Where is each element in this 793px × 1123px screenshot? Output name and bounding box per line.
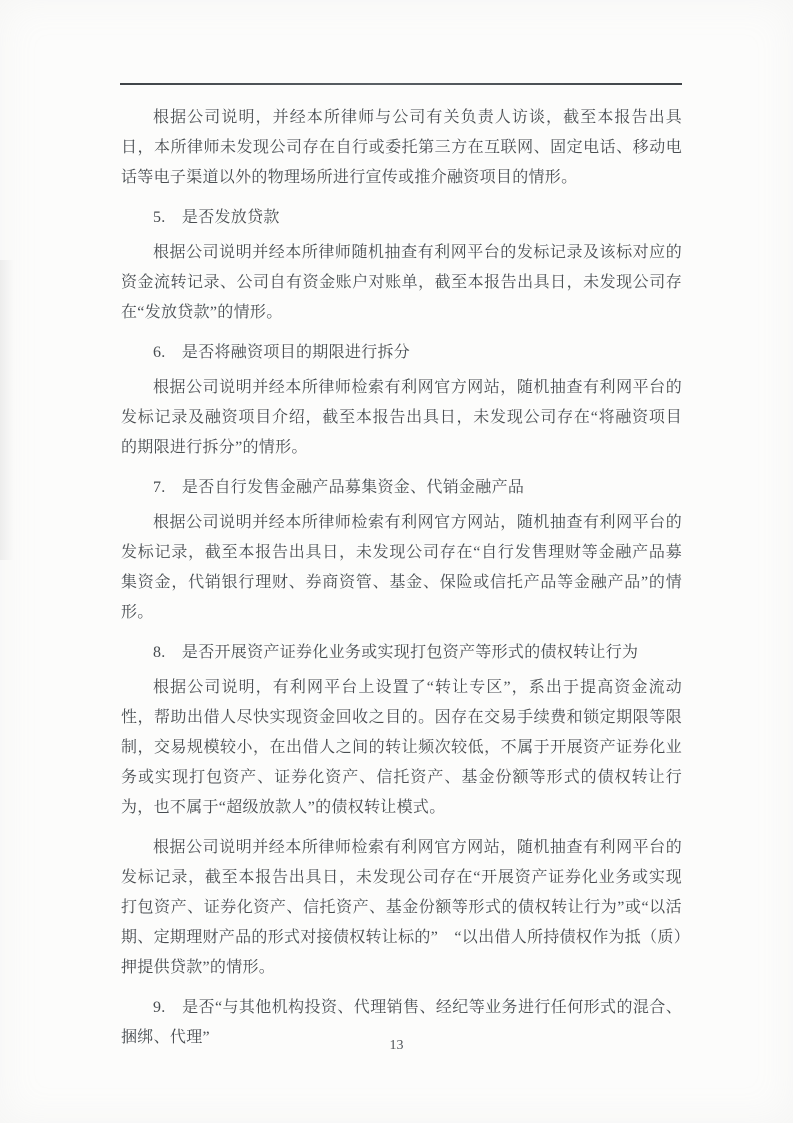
heading-item-7-financial-products: 7. 是否自行发售金融产品募集资金、代销金融产品 [121, 473, 682, 503]
paragraph-item-6-term-splitting: 根据公司说明并经本所律师检索有利网官方网站，随机抽查有利网平台的发标记录及融资项… [121, 373, 682, 463]
heading-item-5-lending: 5. 是否发放贷款 [121, 203, 682, 233]
paragraph-item-5-lending: 根据公司说明并经本所律师随机抽查有利网平台的发标记录及该标对应的资金流转记录、公… [121, 238, 682, 328]
heading-item-8-securitization: 8. 是否开展资产证券化业务或实现打包资产等形式的债权转让行为 [121, 638, 682, 668]
header-rule [120, 83, 682, 85]
page-number: 13 [0, 1036, 793, 1056]
document-body: 根据公司说明，并经本所律师与公司有关负责人访谈，截至本报告出具日，本所律师未发现… [121, 103, 682, 1058]
paragraph-promotion-channels: 根据公司说明，并经本所律师与公司有关负责人访谈，截至本报告出具日，本所律师未发现… [121, 103, 682, 193]
paragraph-item-8-transfer-zone: 根据公司说明，有利网平台上设置了“转让专区”，系出于提高资金流动性，帮助出借人尽… [121, 673, 682, 823]
heading-item-6-term-splitting: 6. 是否将融资项目的期限进行拆分 [121, 338, 682, 368]
paragraph-item-8-verification: 根据公司说明并经本所律师检索有利网官方网站，随机抽查有利网平台的发标记录，截至本… [121, 833, 682, 983]
paragraph-item-7-financial-products: 根据公司说明并经本所律师检索有利网官方网站，随机抽查有利网平台的发标记录，截至本… [121, 508, 682, 628]
document-page: 根据公司说明，并经本所律师与公司有关负责人访谈，截至本报告出具日，本所律师未发现… [0, 0, 793, 1123]
